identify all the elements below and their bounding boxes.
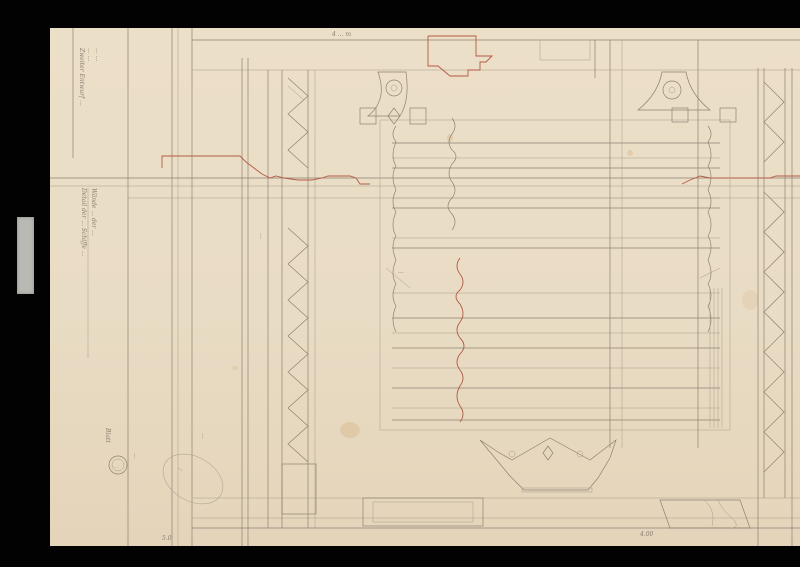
image-viewer: Zweiter Entwurf ... ... ... ... ... Deta…	[0, 0, 800, 567]
top-dimension: 4 ... m	[331, 31, 351, 38]
tracery-detail	[704, 500, 736, 528]
stain	[340, 422, 360, 438]
moulding-profile-red	[456, 258, 464, 422]
base-block-inner	[373, 502, 473, 522]
stain	[742, 290, 758, 310]
left-margin-note: Blatt	[104, 427, 111, 443]
capital-ornament-right	[638, 72, 736, 122]
masking-tape	[17, 217, 34, 294]
title-block-line3: ... ...	[94, 48, 101, 61]
title-block-line2: ... ...	[86, 48, 93, 61]
cornice-block	[540, 40, 590, 60]
bottom-dimension-1: 5.0	[162, 535, 172, 542]
ribbed-shaft-block	[380, 40, 730, 448]
drawing-sheet: Zweiter Entwurf ... ... ... ... ... Deta…	[50, 28, 800, 546]
title-block-line1: Zweiter Entwurf ...	[78, 47, 85, 106]
left-pilaster	[242, 58, 316, 546]
vertical-label-3: ...	[258, 233, 265, 239]
stamp-text: ...	[114, 464, 118, 469]
bottom-dimension-2: 4.00	[639, 531, 654, 538]
side-note-2: Wände ... der ...	[90, 188, 97, 236]
drawing-linework: Zweiter Entwurf ... ... ... ... ... Deta…	[50, 28, 800, 546]
bottom-capital-ornament	[480, 438, 616, 492]
archive-stamp	[109, 456, 127, 474]
center-dimension: ...	[398, 268, 404, 275]
moulding-profile	[393, 126, 396, 332]
stain	[627, 150, 633, 156]
vertical-label-2: ...	[200, 433, 207, 439]
capital-ornament-left	[360, 72, 426, 124]
side-note-1: Detail der ... Schiffe ...	[80, 187, 87, 257]
right-pilaster	[758, 68, 792, 546]
signature-oval	[154, 444, 231, 514]
section-line-right	[682, 176, 800, 184]
tracery-base	[660, 500, 750, 528]
section-line-left	[162, 156, 370, 184]
moulding-profile	[708, 126, 711, 332]
vertical-label-1: ...	[132, 453, 139, 459]
stain	[232, 366, 238, 370]
